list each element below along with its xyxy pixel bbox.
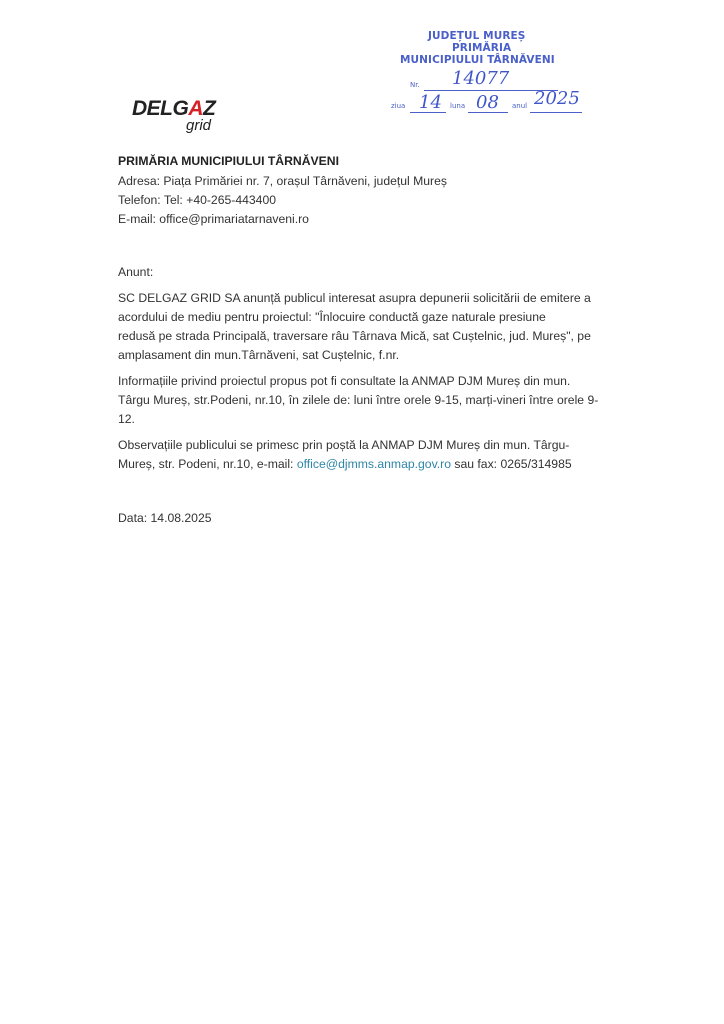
recipient-email: E-mail: office@primariatarnaveni.ro <box>118 209 309 229</box>
paragraph-1-line: SC DELGAZ GRID SA anunță publicul intere… <box>118 288 591 308</box>
stamp-institution: PRIMĂRIA <box>452 42 511 54</box>
stamp-ziua-value: 14 <box>419 92 442 113</box>
paragraph-1-line: acordului de mediu pentru proiectul: "În… <box>118 307 546 327</box>
logo-del: DEL <box>132 97 173 120</box>
stamp-municipality: MUNICIPIULUI TÂRNĂVENI <box>400 54 555 66</box>
paragraph-3-prefix: Mureș, str. Podeni, nr.10, e-mail: <box>118 457 297 471</box>
stamp-nr-value: 14077 <box>452 68 509 89</box>
stamp-luna-label: luna <box>450 102 465 110</box>
document-date: Data: 14.08.2025 <box>118 508 212 528</box>
paragraph-2-line: 12. <box>118 409 135 429</box>
stamp-anul-label: anul <box>512 102 527 110</box>
announcement-heading: Anunt: <box>118 262 153 282</box>
recipient-name: PRIMĂRIA MUNICIPIULUI TÂRNĂVENI <box>118 151 339 171</box>
paragraph-2-line: Informațiile privind proiectul propus po… <box>118 371 570 391</box>
stamp-luna-value: 08 <box>476 92 499 113</box>
paragraph-1-line: amplasament din mun.Târnăveni, sat Cuște… <box>118 345 399 365</box>
paragraph-3-line: Mureș, str. Podeni, nr.10, e-mail: offic… <box>118 454 572 474</box>
stamp-nr-label: Nr. <box>410 81 420 89</box>
stamp-anul-underline <box>530 112 582 113</box>
paragraph-3-suffix: sau fax: 0265/314985 <box>451 457 572 471</box>
logo-subtitle: grid <box>186 117 211 134</box>
stamp-anul-value: 2025 <box>534 88 580 109</box>
stamp-county: JUDEȚUL MUREȘ <box>428 30 525 42</box>
paragraph-1-line: redusă pe strada Principală, traversare … <box>118 326 591 346</box>
recipient-address: Adresa: Piața Primăriei nr. 7, orașul Tâ… <box>118 171 447 191</box>
stamp-ziua-label: ziua <box>391 102 405 110</box>
paragraph-3-line: Observațiile publicului se primesc prin … <box>118 435 569 455</box>
anmap-email-link[interactable]: office@djmms.anmap.gov.ro <box>297 457 451 471</box>
delgaz-grid-logo: DELGAZ grid <box>132 97 232 139</box>
recipient-phone: Telefon: Tel: +40-265-443400 <box>118 190 276 210</box>
paragraph-2-line: Târgu Mureș, str.Podeni, nr.10, în zilel… <box>118 390 598 410</box>
